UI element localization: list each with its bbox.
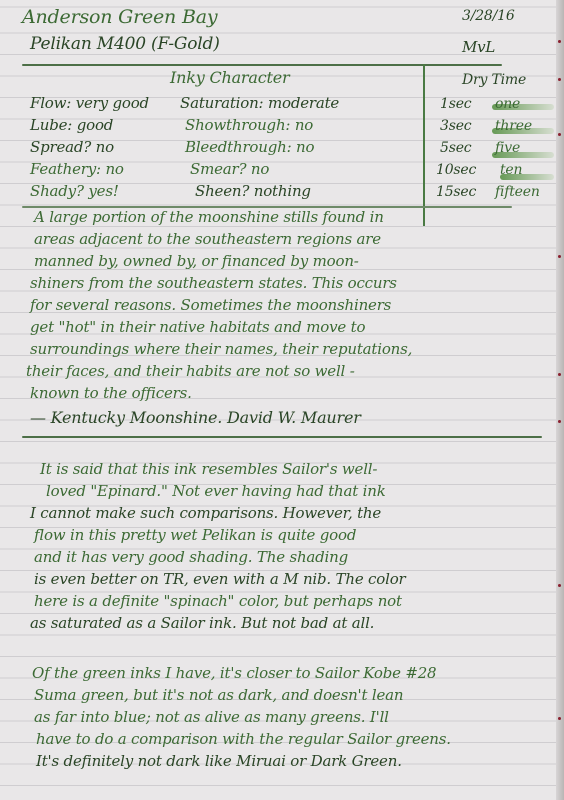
stitch-dot: [558, 717, 561, 720]
row-left-cell: Lube: good: [30, 116, 113, 134]
review-line: It's definitely not dark like Miruai or …: [36, 752, 402, 770]
notebook-binding: [556, 0, 564, 800]
row-left-cell: Flow: very good: [30, 94, 149, 112]
stitch-dot: [558, 584, 561, 587]
author-initials: MvL: [462, 38, 495, 56]
review-line: loved "Epinard." Not ever having had tha…: [46, 482, 386, 500]
row-middle-cell: Saturation: moderate: [180, 94, 339, 112]
dry-time-cell: 15sec: [436, 184, 476, 200]
row-middle-cell: Sheen? nothing: [195, 182, 311, 200]
dry-time-cell: 5sec: [440, 140, 471, 156]
quote-line: known to the officers.: [30, 384, 192, 402]
inky-character-heading: Inky Character: [170, 68, 289, 87]
review-line: flow in this pretty wet Pelikan is quite…: [34, 526, 356, 544]
notebook-page: Anderson Green Bay 3/28/16 Pelikan M400 …: [0, 0, 556, 800]
review-line: I cannot make such comparisons. However,…: [30, 504, 381, 522]
review-line: is even better on TR, even with a M nib.…: [34, 570, 406, 588]
dry-time-cell: 1sec: [440, 96, 471, 112]
dry-time-heading: Dry Time: [462, 72, 526, 88]
quote-attribution: — Kentucky Moonshine. David W. Maurer: [30, 408, 361, 427]
row-left-cell: Spread? no: [30, 138, 114, 156]
review-line: have to do a comparison with the regular…: [36, 730, 451, 748]
stitch-dot: [558, 373, 561, 376]
row-middle-cell: Smear? no: [190, 160, 269, 178]
review-line: Of the green inks I have, it's closer to…: [32, 664, 436, 682]
dry-sample-word: ten: [500, 162, 522, 178]
stitch-dot: [558, 40, 561, 43]
dry-sample-word: fifteen: [495, 184, 540, 200]
review-line: Suma green, but it's not as dark, and do…: [34, 686, 403, 704]
ink-name-title: Anderson Green Bay: [22, 6, 217, 28]
review-line: as far into blue; not as alive as many g…: [34, 708, 389, 726]
review-line: and it has very good shading. The shadin…: [34, 548, 348, 566]
dry-time-cell: 3sec: [440, 118, 471, 134]
row-left-cell: Shady? yes!: [30, 182, 119, 200]
review-line: as saturated as a Sailor ink. But not ba…: [30, 614, 374, 632]
entry-date: 3/28/16: [462, 8, 515, 24]
stitch-dot: [558, 420, 561, 423]
row-middle-cell: Showthrough: no: [185, 116, 313, 134]
quote-line: their faces, and their habits are not so…: [26, 362, 355, 380]
dry-sample-word: one: [495, 96, 520, 112]
stitch-dot: [558, 255, 561, 258]
quote-divider: [22, 436, 542, 438]
quote-line: for several reasons. Sometimes the moons…: [30, 296, 391, 314]
table-column-divider: [423, 64, 425, 226]
dry-sample-word: three: [495, 118, 532, 134]
row-middle-cell: Bleedthrough: no: [185, 138, 314, 156]
row-left-cell: Feathery: no: [30, 160, 124, 178]
quote-line: A large portion of the moonshine stills …: [34, 208, 384, 226]
review-line: here is a definite "spinach" color, but …: [34, 592, 402, 610]
dry-sample-word: five: [495, 140, 520, 156]
header-divider: [22, 64, 502, 66]
stitch-dot: [558, 78, 561, 81]
quote-line: shiners from the southeastern states. Th…: [30, 274, 397, 292]
quote-line: surroundings where their names, their re…: [30, 340, 412, 358]
dry-time-cell: 10sec: [436, 162, 476, 178]
quote-line: manned by, owned by, or financed by moon…: [34, 252, 359, 270]
review-line: It is said that this ink resembles Sailo…: [40, 460, 377, 478]
quote-line: areas adjacent to the southeastern regio…: [34, 230, 381, 248]
stitch-dot: [558, 133, 561, 136]
pen-name: Pelikan M400 (F-Gold): [30, 34, 220, 54]
quote-line: get "hot" in their native habitats and m…: [30, 318, 365, 336]
